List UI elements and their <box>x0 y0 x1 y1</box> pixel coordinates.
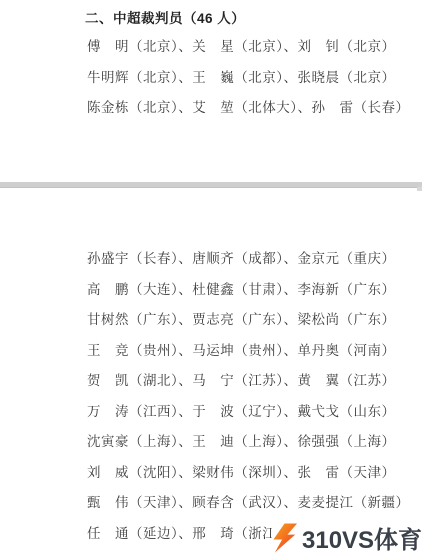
watermark-310vs: 310VS体育 <box>272 519 422 556</box>
referee-list-page1: 傅 明（北京）、关 星（北京）、刘 钊（北京） 牛明辉（北京）、王 巍（北京）、… <box>87 36 410 128</box>
referee-line: 刘 威（沈阳）、梁财伟（深圳）、张 雷（天津） <box>87 462 410 484</box>
referee-line: 牛明辉（北京）、王 巍（北京）、张晓晨（北京） <box>87 67 410 89</box>
referee-line: 沈寅豪（上海）、王 迪（上海）、徐强强（上海） <box>87 431 410 453</box>
section-heading: 二、中超裁判员（46 人） <box>85 7 245 27</box>
referee-line: 甄 伟（天津）、顾春含（武汉）、麦麦提江（新疆） <box>87 492 410 514</box>
referee-list-page2: 孙盛宇（长春）、唐顺齐（成都）、金京元（重庆） 高 鹏（大连）、杜健鑫（甘肃）、… <box>87 248 410 553</box>
referee-line: 高 鹏（大连）、杜健鑫（甘肃）、李海新（广东） <box>87 279 410 301</box>
document-viewer: 二、中超裁判员（46 人） 傅 明（北京）、关 星（北京）、刘 钊（北京） 牛明… <box>0 0 422 556</box>
referee-line: 王 竞（贵州）、马运坤（贵州）、单丹奥（河南） <box>87 340 410 362</box>
referee-line: 傅 明（北京）、关 星（北京）、刘 钊（北京） <box>87 36 410 58</box>
referee-line: 孙盛宇（长春）、唐顺齐（成都）、金京元（重庆） <box>87 248 410 270</box>
referee-line: 万 涛（江西）、于 波（辽宁）、戴弋戈（山东） <box>87 401 410 423</box>
referee-line: 贺 凯（湖北）、马 宁（江苏）、黄 翼（江苏） <box>87 370 410 392</box>
page-break-divider <box>0 182 422 188</box>
referee-line: 甘树然（广东）、贾志亮（广东）、梁松尚（广东） <box>87 309 410 331</box>
lightning-bolt-icon <box>272 523 299 553</box>
referee-line: 陈金栋（北京）、艾 堃（北体大）、孙 雷（长春） <box>87 97 410 119</box>
watermark-text: 310VS体育 <box>302 520 422 555</box>
page-shadow-stub <box>417 187 422 191</box>
